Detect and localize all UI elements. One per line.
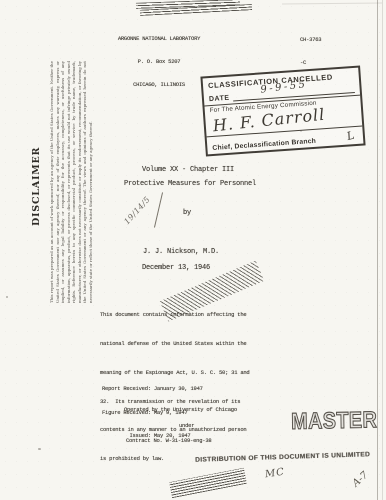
operated-by-line: Operated by the University of Chicago — [124, 406, 237, 414]
scan-edge-line-2 — [382, 0, 383, 500]
stamp-date-label: DATE — [209, 95, 230, 103]
scan-speck — [6, 296, 8, 298]
letterhead: ARGONNE NATIONAL LABORATORY P. O. Box 52… — [103, 20, 215, 104]
classification-cancelled-stamp: CLASSIFICATION CANCELLED DATE 9-9-55 For… — [200, 66, 365, 157]
document-title: Protective Measures for Personnel — [116, 180, 264, 189]
volume-line: Volume XX - Chapter III — [128, 166, 248, 175]
disclaimer-title: DISCLAIMER — [31, 138, 45, 226]
disclaimer-body: This report was prepared as an account o… — [49, 61, 105, 303]
scan-edge-line — [377, 0, 378, 500]
under-line: under — [179, 422, 194, 430]
receipt-line: Report Received: January 30, 1947 — [102, 385, 203, 393]
scan-speck — [300, 130, 302, 132]
corner-note: A-7 — [350, 470, 370, 490]
org-city: CHICAGO, ILLINOIS — [103, 81, 215, 89]
stamp-officer-title: Chief, Declassification Branch — [212, 138, 316, 152]
margin-scribble-stroke — [154, 192, 163, 227]
contract-line: Contract No. W-31-109-eng-38 — [126, 437, 211, 445]
margin-scribble-note: 19/14/5 — [122, 195, 152, 227]
scan-edge-top — [282, 2, 382, 4]
master-stamp: MASTER — [291, 408, 377, 433]
document-date: December 13, 1946 — [142, 264, 210, 273]
scan-speck — [38, 448, 41, 450]
org-name: ARGONNE NATIONAL LABORATORY — [103, 35, 215, 43]
scanned-document-page: ARGONNE NATIONAL LABORATORY P. O. Box 52… — [0, 0, 386, 500]
author: J. J. Nickson, M.D. — [143, 248, 219, 257]
report-number: CH-3763 — [300, 36, 321, 44]
stamp-officer-initial: L — [345, 129, 355, 143]
handwritten-initials: MC — [264, 467, 285, 481]
security-line: national defense of the United States wi… — [100, 339, 249, 349]
report-number-suffix: -C — [300, 59, 321, 67]
byline: by — [183, 209, 191, 218]
security-line: This document contains information affec… — [100, 310, 249, 320]
org-address: P. O. Box 5207 — [103, 58, 215, 66]
